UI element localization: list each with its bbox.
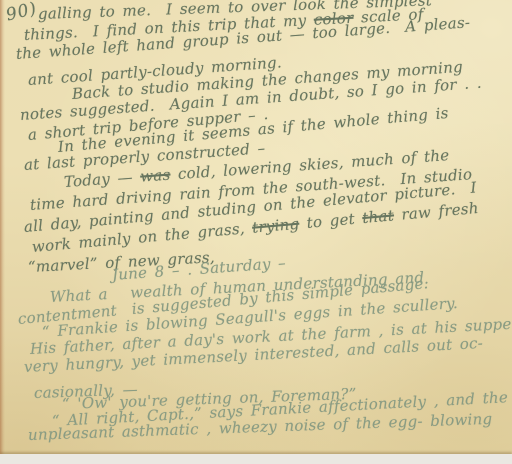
- struck-word: that: [362, 206, 395, 227]
- struck-word: trying: [251, 215, 300, 237]
- scan-edge-strip: [0, 454, 512, 464]
- text-segment: Today —: [63, 168, 141, 191]
- text-segment: raw fresh: [393, 199, 479, 224]
- struck-word: was: [140, 166, 171, 186]
- journal-page: 90) galling to me. I seem to over look t…: [0, 0, 512, 464]
- text-segment: to get: [298, 209, 363, 232]
- handwritten-text: galling to me. I seem to over look the s…: [0, 0, 512, 464]
